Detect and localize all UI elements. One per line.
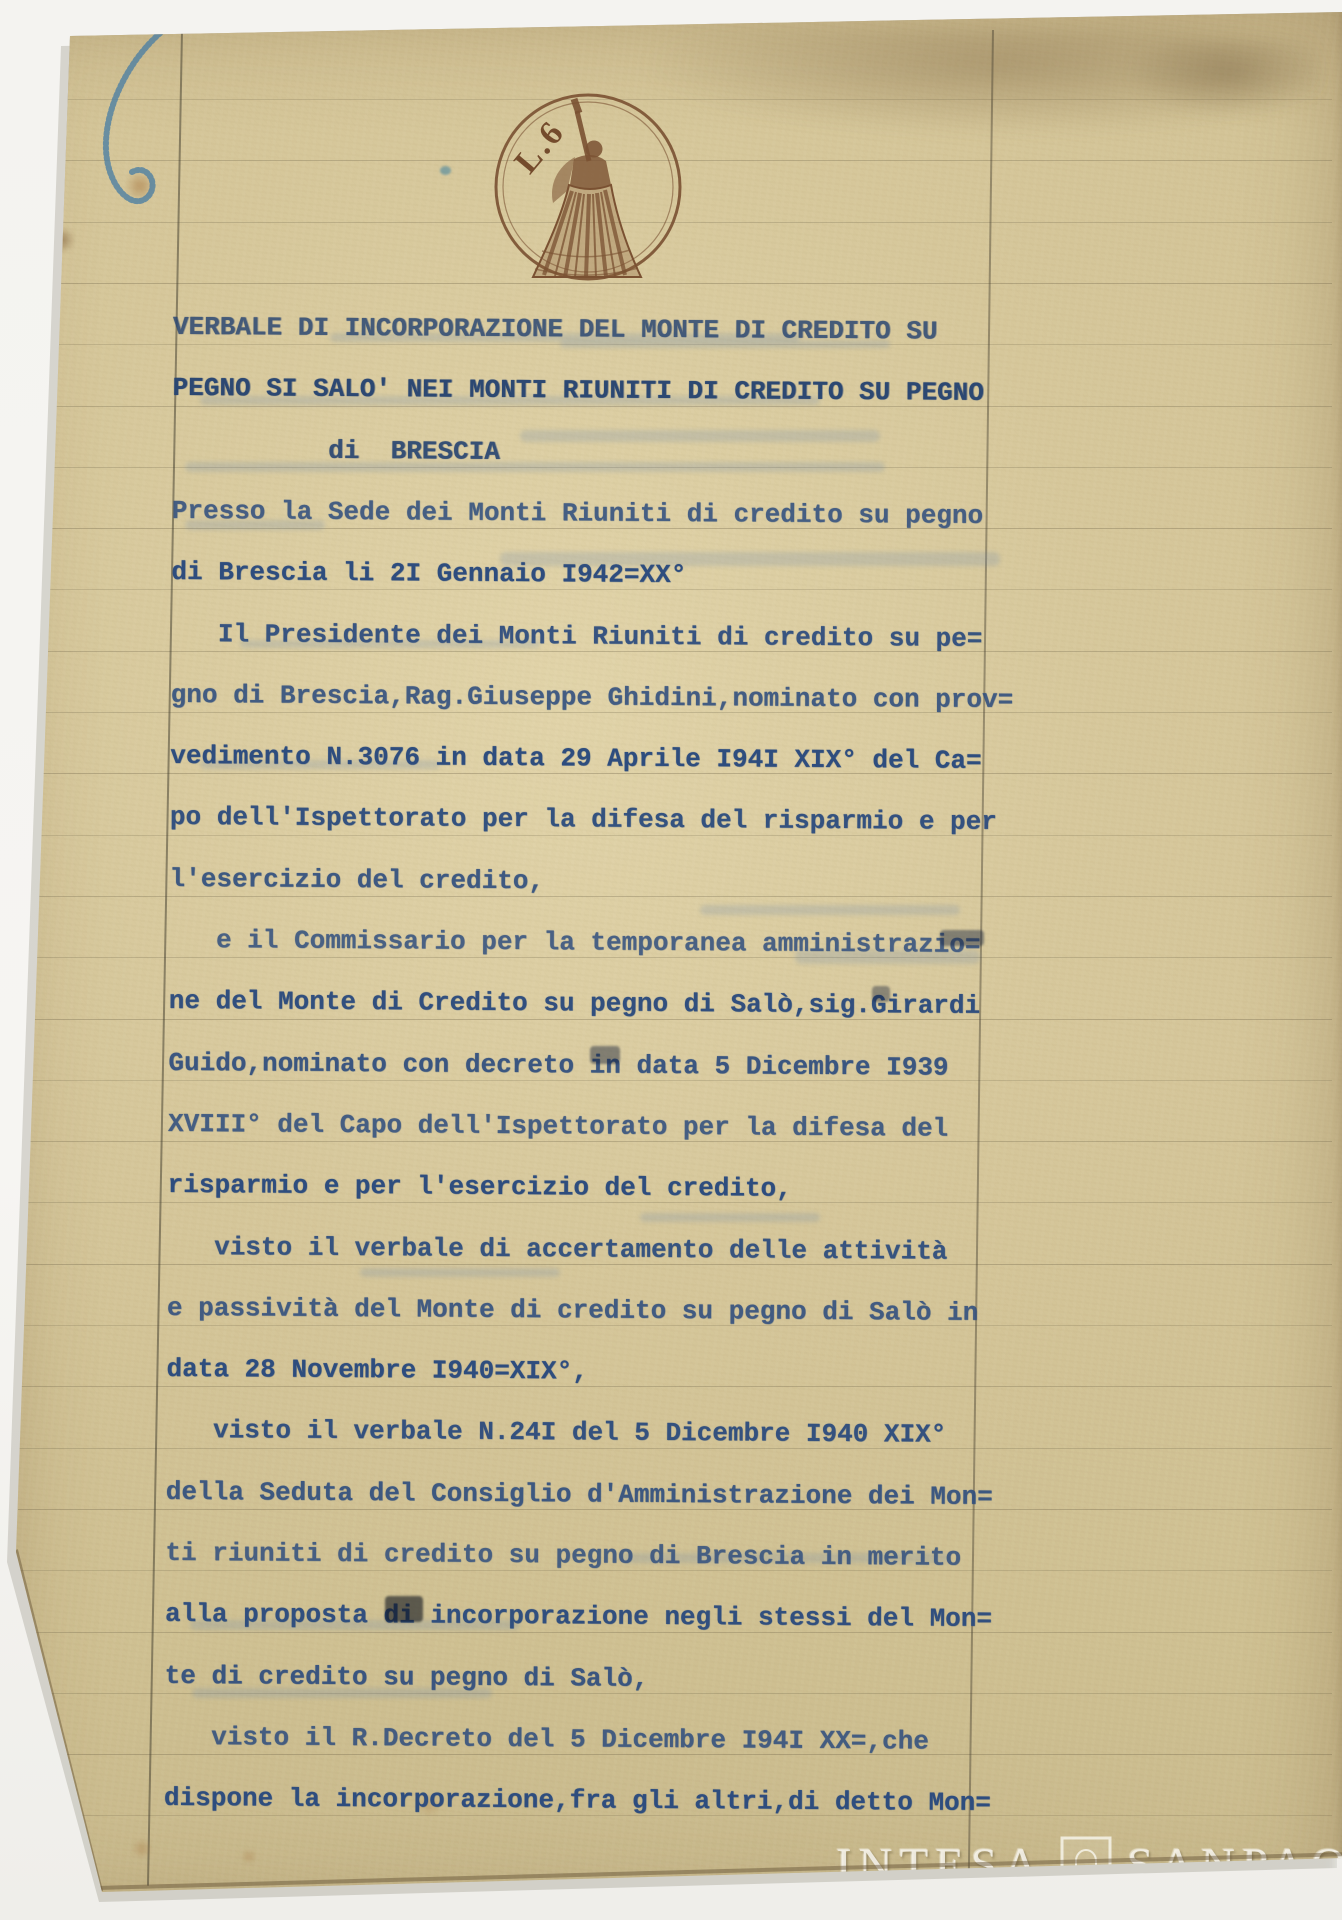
typed-line: dispone la incorporazione,fra gli altri,… [164, 1783, 991, 1818]
typed-line: te di credito su pegno di Salò, [165, 1661, 649, 1694]
typed-line: visto il verbale N.24I del 5 Dicembre I9… [166, 1415, 946, 1450]
typed-line: di Brescia li 2I Gennaio I942=XX° [171, 557, 686, 590]
typed-line: ne del Monte di Credito su pegno di Salò… [169, 986, 981, 1021]
typed-line: XVIII° del Capo dell'Ispettorato per la … [168, 1109, 948, 1144]
typed-line: e passività del Monte di credito su pegn… [167, 1293, 979, 1328]
scanned-document-view: { "document": { "kind": "typewritten-ver… [0, 0, 1342, 1920]
typed-line: Presso la Sede dei Monti Riuniti di cred… [172, 496, 984, 531]
typed-line: visto il R.Decreto del 5 Dicembre I94I X… [164, 1722, 929, 1757]
typed-line: data 28 Novembre I940=XIX°, [166, 1354, 587, 1387]
overstrike-mark [872, 986, 890, 1002]
typed-line: po dell'Ispettorato per la difesa del ri… [170, 802, 997, 837]
typed-line: Il Presidente dei Monti Riuniti di credi… [171, 618, 983, 653]
typed-line: visto il verbale di accertamento delle a… [167, 1231, 947, 1266]
typed-line: VERBALE DI INCORPORAZIONE DEL MONTE DI C… [173, 312, 938, 347]
overstrike-mark [590, 1046, 620, 1064]
typed-line: vedimento N.3076 in data 29 Aprile I94I … [170, 741, 982, 776]
typed-line: alla proposta di incorporazione negli st… [165, 1599, 992, 1634]
overstrike-mark [385, 1596, 423, 1622]
typed-line: di BRESCIA [172, 435, 500, 467]
typed-line: della Seduta del Consiglio d'Amministraz… [166, 1477, 993, 1512]
document-page: L.6 VERBALE DI INCORPORAZIONE [0, 0, 1342, 1920]
typed-line: ti riuniti di credito su pegno di Bresci… [165, 1538, 961, 1573]
typed-text-block: VERBALE DI INCORPORAZIONE DEL MONTE DI C… [0, 0, 1342, 1920]
typed-line: l'esercizio del credito, [169, 864, 544, 896]
typed-line: risparmio e per l'esercizio del credito, [168, 1170, 792, 1204]
overstrike-mark [940, 930, 984, 946]
typed-line: e il Commissario per la temporanea ammin… [169, 925, 981, 960]
typed-line: Guido,nominato con decreto in data 5 Dic… [168, 1048, 948, 1083]
typed-line: PEGNO SI SALO' NEI MONTI RIUNITI DI CRED… [172, 373, 984, 408]
typed-line: gno di Brescia,Rag.Giuseppe Ghidini,nomi… [171, 680, 1014, 715]
